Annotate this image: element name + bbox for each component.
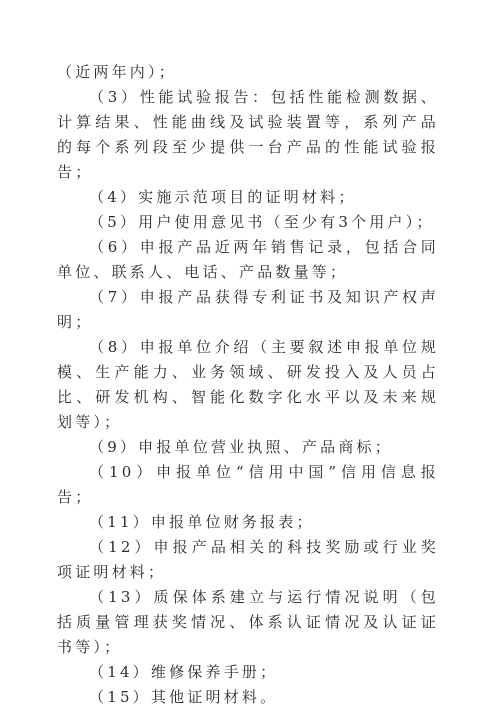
list-item-13-quality-system: （13）质保体系建立与运行情况说明（包括质量管理获奖情况、体系认证情况及认证证书… (57, 585, 439, 660)
list-item-6-sales-records: （6）申报产品近两年销售记录，包括合同单位、联系人、电话、产品数量等； (57, 235, 439, 285)
list-item-5-user-feedback: （5）用户使用意见书（至少有3个用户）； (57, 210, 439, 235)
list-item-15-other-materials: （15）其他证明材料。 (57, 685, 439, 706)
list-item-12-awards: （12）申报产品相关的科技奖励或行业奖项证明材料； (57, 535, 439, 585)
list-item-9-business-license: （9）申报单位营业执照、产品商标； (57, 435, 439, 460)
list-item-3-performance-test-report: （3）性能试验报告：包括性能检测数据、计算结果、性能曲线及试验装置等，系列产品的… (57, 85, 439, 185)
list-item-7-patents: （7）申报产品获得专利证书及知识产权声明； (57, 285, 439, 335)
list-item-11-financial-statements: （11）申报单位财务报表； (57, 510, 439, 535)
list-item-14-maintenance-manual: （14）维修保养手册； (57, 660, 439, 685)
list-item-8-company-intro: （8）申报单位介绍（主要叙述申报单位规模、生产能力、业务领域、研发投入及人员占比… (57, 335, 439, 435)
document-page: （近两年内）； （3）性能试验报告：包括性能检测数据、计算结果、性能曲线及试验装… (57, 60, 439, 706)
list-item-10-credit-report: （10）申报单位“信用中国”信用信息报告； (57, 460, 439, 510)
paragraph-continuation: （近两年内）； (57, 60, 439, 85)
list-item-4-demo-project-proof: （4）实施示范项目的证明材料； (57, 185, 439, 210)
